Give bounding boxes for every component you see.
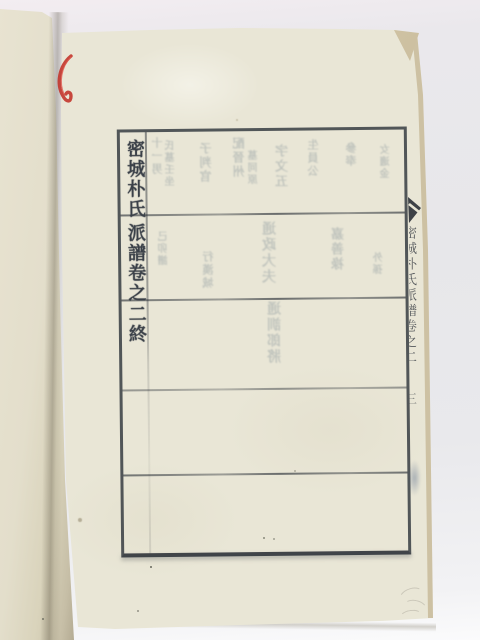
fishtail-triangle-icon [406, 196, 423, 224]
frame-row-line [121, 212, 405, 217]
title-text-row-3: 二終 [124, 304, 148, 344]
frame-row-line [123, 472, 407, 477]
ink-smudge [408, 460, 421, 496]
printed-frame: 密城朴氏 派譜卷之 二終 [117, 126, 411, 557]
title-text-row-1: 密城朴氏 [122, 139, 147, 219]
page-number: 三 [409, 392, 418, 416]
title-text-row-2: 派譜卷之 [123, 223, 148, 303]
binding-thread [52, 48, 84, 116]
spine-title-text: 密城朴氏派譜卷之二 [409, 226, 418, 368]
paper-specks [0, 0, 2, 2]
frame-row-line [122, 387, 406, 392]
frame-row-line [122, 297, 406, 302]
photo-of-genealogy-book: 十一男氏墓壬坐子判官配晉州墓同原字文五生員公參奉女適金己卯譜行漢城通政大夫嘉善祿… [0, 0, 480, 640]
pencil-marks [397, 584, 429, 622]
